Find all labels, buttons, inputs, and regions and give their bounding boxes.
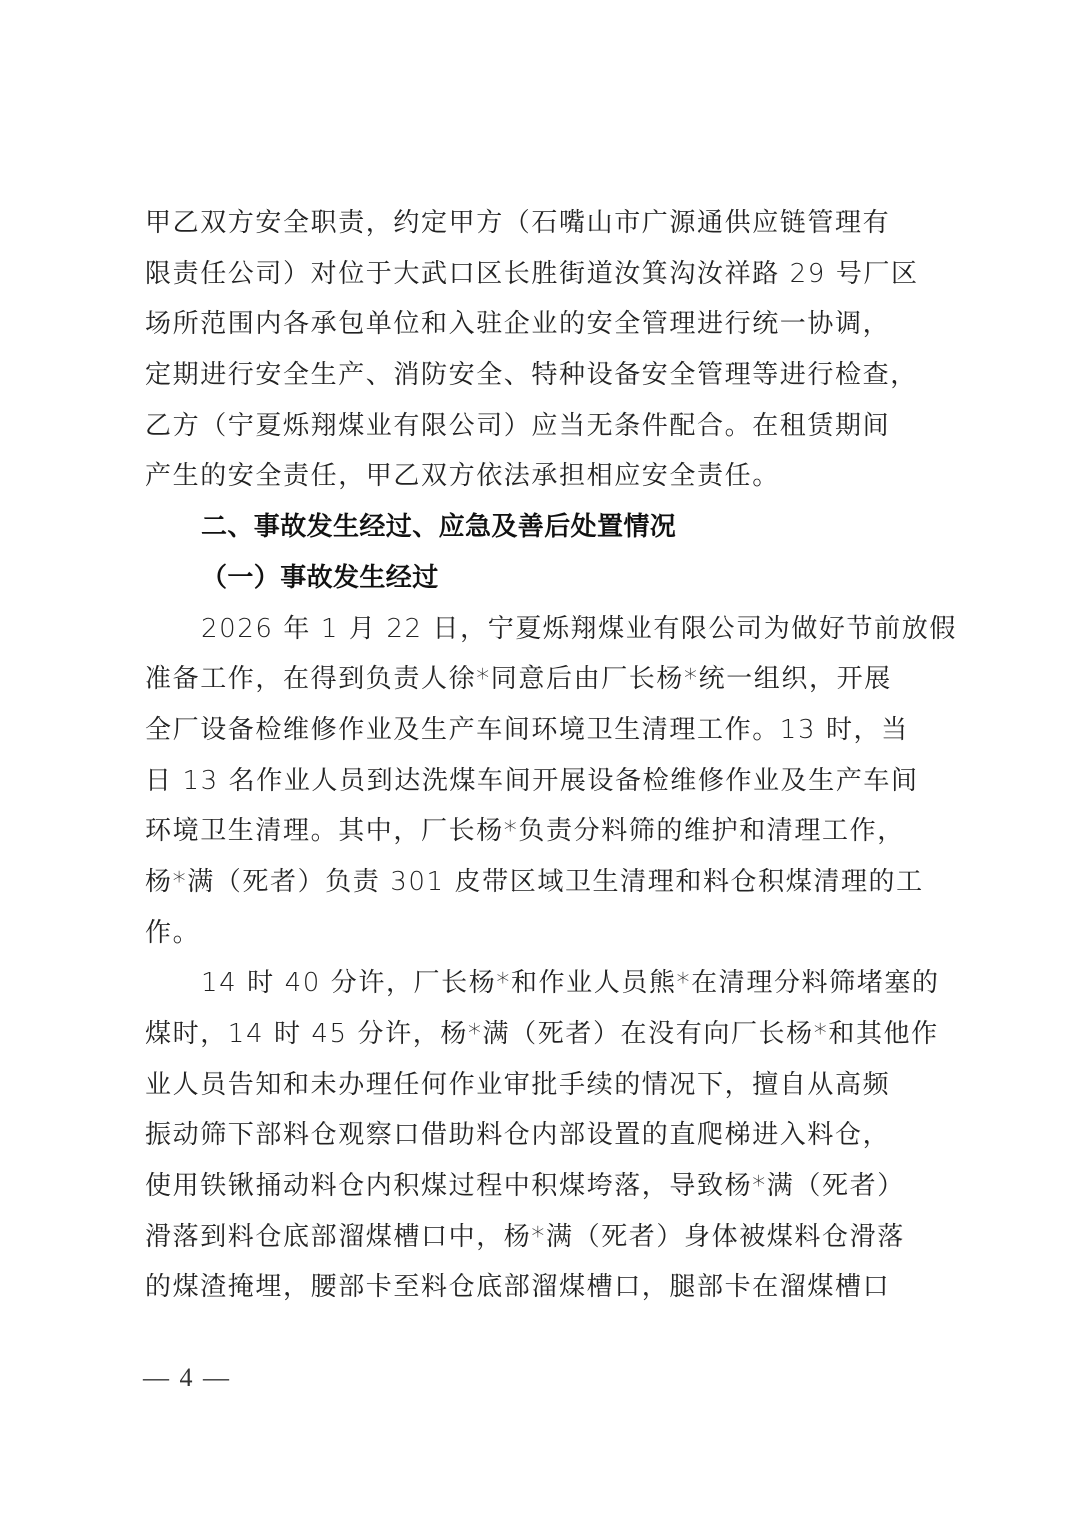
text-line: 限责任公司）对位于大武口区长胜街道汝箕沟汝祥路 29 号厂区: [145, 249, 935, 300]
text-line: 场所范围内各承包单位和入驻企业的安全管理进行统一协调，: [145, 299, 935, 350]
page-number: — 4 —: [143, 1362, 231, 1394]
text-line: 产生的安全责任，甲乙双方依法承担相应安全责任。: [145, 451, 935, 502]
paragraph-accident-background: 2026 年 1 月 22 日，宁夏烁翔煤业有限公司为做好节前放假 准备工作，在…: [145, 604, 935, 959]
text-line: 滑落到料仓底部溜煤槽口中，杨*满（死者）身体被煤料仓滑落: [145, 1212, 935, 1263]
text-line: 乙方（宁夏烁翔煤业有限公司）应当无条件配合。在租赁期间: [145, 401, 935, 452]
text-line: 2026 年 1 月 22 日，宁夏烁翔煤业有限公司为做好节前放假: [145, 604, 935, 655]
text-line: 定期进行安全生产、消防安全、特种设备安全管理等进行检查，: [145, 350, 935, 401]
text-line: 煤时，14 时 45 分许，杨*满（死者）在没有向厂长杨*和其他作: [145, 1009, 935, 1060]
text-line: 14 时 40 分许，厂长杨*和作业人员熊*在清理分料筛堵塞的: [145, 958, 935, 1009]
text-line: 的煤渣掩埋，腰部卡至料仓底部溜煤槽口，腿部卡在溜煤槽口: [145, 1262, 935, 1313]
text-line: 使用铁锹捅动料仓内积煤过程中积煤垮落，导致杨*满（死者）: [145, 1161, 935, 1212]
text-line: 甲乙双方安全职责，约定甲方（石嘴山市广源通供应链管理有: [145, 198, 935, 249]
document-page: 甲乙双方安全职责，约定甲方（石嘴山市广源通供应链管理有 限责任公司）对位于大武口…: [0, 0, 1074, 1520]
text-line: 振动筛下部料仓观察口借助料仓内部设置的直爬梯进入料仓，: [145, 1110, 935, 1161]
text-line: 作。: [145, 908, 935, 959]
paragraph-safety-duties: 甲乙双方安全职责，约定甲方（石嘴山市广源通供应链管理有 限责任公司）对位于大武口…: [145, 198, 935, 502]
text-line: 日 13 名作业人员到达洗煤车间开展设备检维修作业及生产车间: [145, 756, 935, 807]
text-line: 准备工作，在得到负责人徐*同意后由厂长杨*统一组织，开展: [145, 654, 935, 705]
text-line: 杨*满（死者）负责 301 皮带区域卫生清理和料仓积煤清理的工: [145, 857, 935, 908]
text-line: 业人员告知和未办理任何作业审批手续的情况下，擅自从高频: [145, 1060, 935, 1111]
text-line: 环境卫生清理。其中，厂长杨*负责分料筛的维护和清理工作，: [145, 806, 935, 857]
section-heading: 二、事故发生经过、应急及善后处置情况: [145, 502, 935, 553]
subsection-heading: （一）事故发生经过: [145, 553, 935, 604]
paragraph-accident-sequence: 14 时 40 分许，厂长杨*和作业人员熊*在清理分料筛堵塞的 煤时，14 时 …: [145, 958, 935, 1313]
document-body: 甲乙双方安全职责，约定甲方（石嘴山市广源通供应链管理有 限责任公司）对位于大武口…: [145, 198, 935, 1313]
text-line: 全厂设备检维修作业及生产车间环境卫生清理工作。13 时，当: [145, 705, 935, 756]
